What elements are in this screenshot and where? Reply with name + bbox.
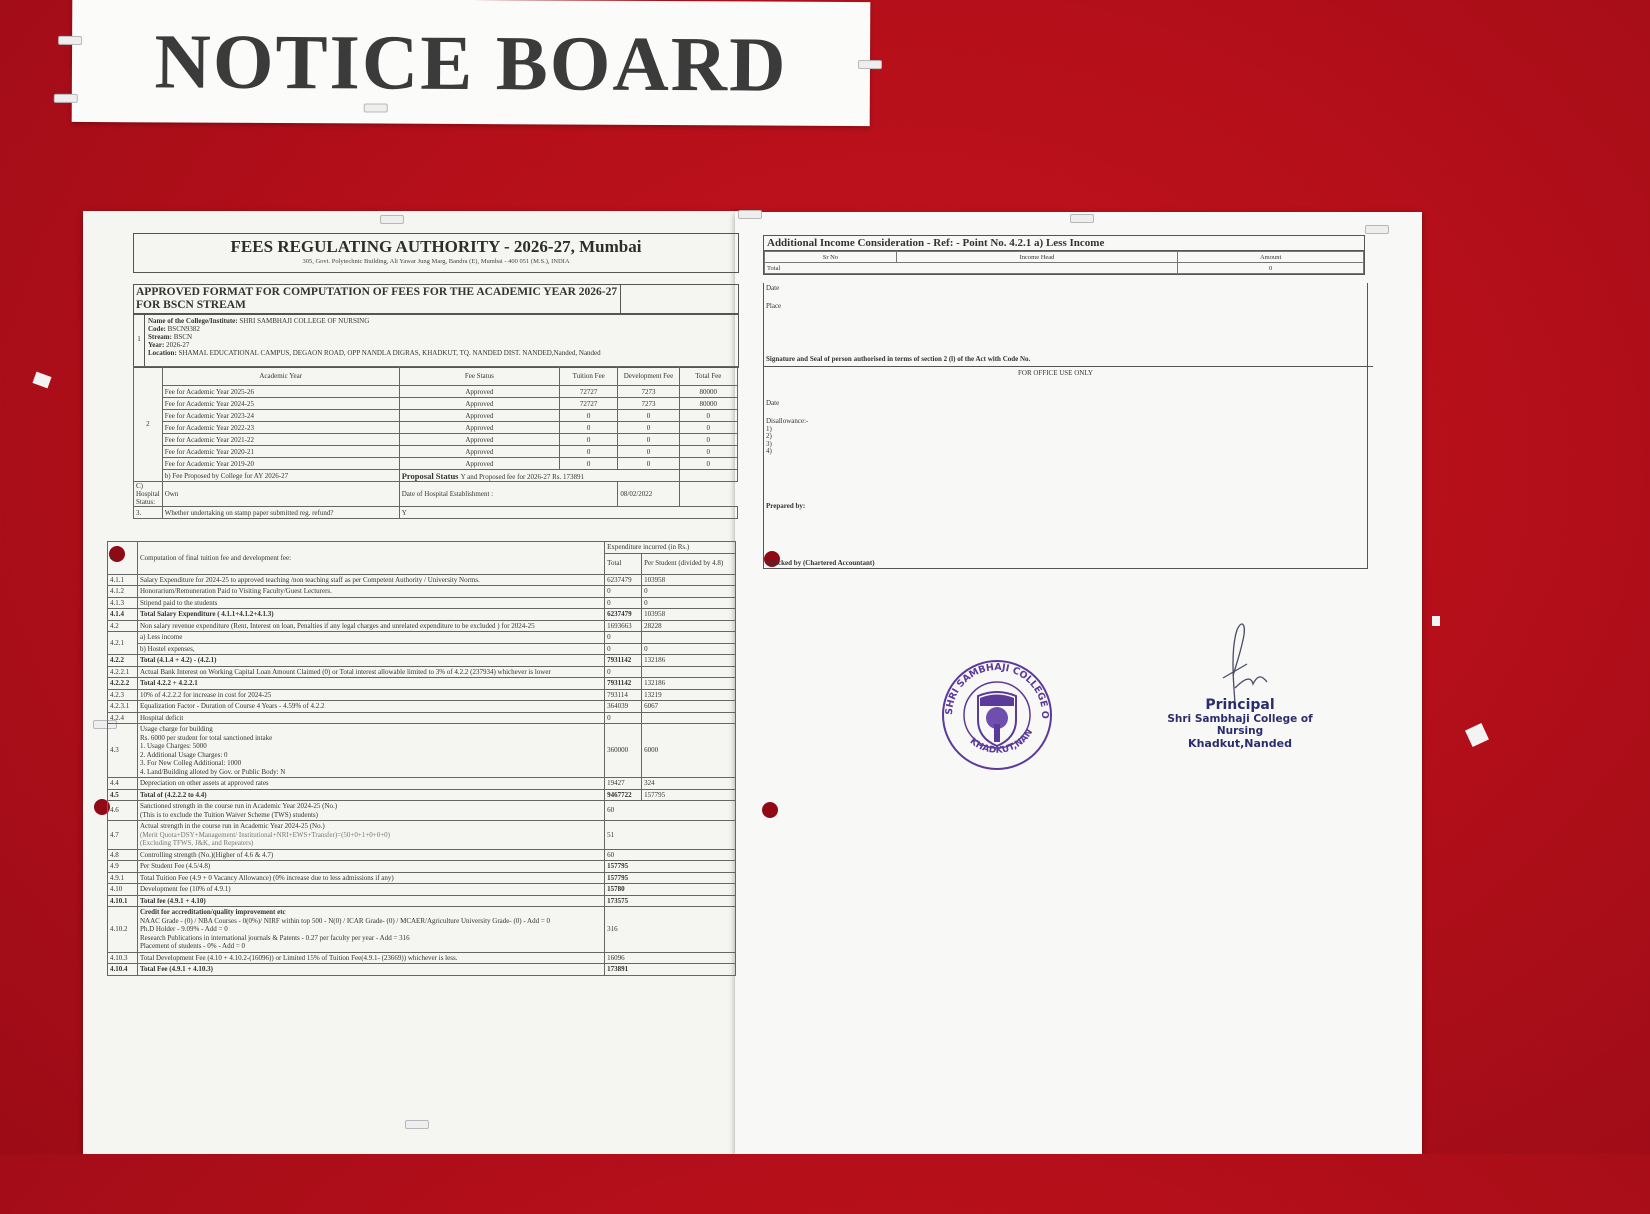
hospital-status-label: C) Hospital Status:: [134, 482, 163, 507]
disallowance-block: Disallowance:- 1) 2) 3) 4): [766, 418, 808, 456]
item-number: 4.3: [108, 724, 138, 778]
total-fee: 80000: [679, 386, 737, 398]
item-total: 0: [605, 597, 642, 609]
academic-year: Fee for Academic Year 2024-25: [162, 398, 399, 410]
item-description: Sanctioned strength in the course run in…: [137, 801, 604, 821]
item-number: 4.9.1: [108, 872, 138, 884]
staple: [1365, 225, 1389, 234]
item-number: 4.1.2: [108, 586, 138, 598]
year-value: 2026-27: [166, 341, 189, 349]
item-description: a) Less income: [137, 632, 604, 644]
item-number: 4.10.2: [108, 907, 138, 953]
staple: [364, 103, 388, 112]
notice-board-sign: NOTICE BOARD: [72, 0, 871, 126]
item-value: 316: [605, 907, 736, 953]
total-fee: 0: [679, 434, 737, 446]
table-row: 4.2.2Total (4.1.4 + 4.2) - (4.2.1)793114…: [108, 655, 736, 667]
item-description: Usage charge for buildingRs. 6000 per st…: [137, 724, 604, 778]
item-number: 4.1.4: [108, 609, 138, 621]
format-title: APPROVED FORMAT FOR COMPUTATION OF FEES …: [134, 285, 621, 313]
item-number: 4.10: [108, 884, 138, 896]
item-total: 0: [605, 632, 642, 644]
refund-undertaking-row: 3.Whether undertaking on stamp paper sub…: [134, 507, 738, 519]
staple: [405, 1120, 429, 1129]
table-row: b) Hostel expenses,00: [108, 643, 736, 655]
item-number: 4.2.4: [108, 712, 138, 724]
item-number: 4.4: [108, 778, 138, 790]
item-per-student: 132186: [642, 655, 736, 667]
item-description: Total Tuition Fee (4.9 + 0 Vacancy Allow…: [137, 872, 604, 884]
item-description: Stipend paid to the students: [137, 597, 604, 609]
total-label: Total: [765, 263, 1178, 274]
item-value: 157795: [605, 872, 736, 884]
item-description: Total (4.1.4 + 4.2) - (4.2.1): [137, 655, 604, 667]
item-per-student: 0: [642, 586, 736, 598]
table-row: 4.2.4Hospital deficit0: [108, 712, 736, 724]
item-total: 0: [605, 666, 642, 678]
item-number: 4.2.3: [108, 689, 138, 701]
staple: [58, 36, 82, 45]
item-total: 0: [605, 712, 642, 724]
item-number: 4.10.3: [108, 952, 138, 964]
refund-undertaking-label: Whether undertaking on stamp paper submi…: [162, 507, 399, 519]
item-number: 4.10.1: [108, 895, 138, 907]
item-per-student: 103958: [642, 574, 736, 586]
item-description: 10% of 4.2.2.2 for increase in cost for …: [137, 689, 604, 701]
academic-year: Fee for Academic Year 2020-21: [162, 446, 399, 458]
additional-income-title: Additional Income Consideration - Ref: -…: [764, 236, 1364, 251]
column-header: Total Fee: [679, 367, 737, 386]
development-fee: 7273: [618, 386, 679, 398]
item-per-student: 13219: [642, 689, 736, 701]
table-row: 4.2.310% of 4.2.2.2 for increase in cost…: [108, 689, 736, 701]
table-row: 4.2.2.2Total 4.2.2 + 4.2.2.1793114213218…: [108, 678, 736, 690]
item-number: 4.1.1: [108, 574, 138, 586]
item-per-student: 324: [642, 778, 736, 790]
item-number: 4.2: [108, 620, 138, 632]
principal-college: Shri Sambhaji College of Nursing: [1150, 713, 1330, 737]
table-row: Fee for Academic Year 2023-24Approved000: [134, 410, 738, 422]
header-income-head: Income Head: [896, 252, 1178, 263]
paper-scrap: [1432, 616, 1440, 626]
item-per-student: [642, 666, 736, 678]
computation-header: 4Computation of final tuition fee and de…: [108, 542, 736, 554]
disallowance-item: 3): [766, 441, 808, 449]
proposed-fee-label: b) Fee Proposed by College for AY 2026-2…: [162, 470, 399, 482]
fee-table-header: 2Academic YearFee StatusTuition FeeDevel…: [134, 367, 738, 386]
additional-income-table: Additional Income Consideration - Ref: -…: [763, 235, 1365, 275]
total-fee: 0: [679, 446, 737, 458]
section-number: 2: [134, 367, 163, 482]
tuition-fee: 0: [559, 410, 617, 422]
table-row: 4.10.4Total Fee (4.9.1 + 4.10.3)173891: [108, 964, 736, 976]
academic-year: Fee for Academic Year 2023-24: [162, 410, 399, 422]
college-label: Name of the College/Institute:: [148, 317, 238, 325]
item-description: Non salary revenue expenditure (Rent, In…: [137, 620, 604, 632]
disallowance-item: 1): [766, 426, 808, 434]
item-number: 4.1.3: [108, 597, 138, 609]
item-value: 173891: [605, 964, 736, 976]
section-number: 3.: [134, 507, 163, 519]
office-use-label: FOR OFFICE USE ONLY: [1018, 369, 1093, 377]
item-number: 4.2.2.1: [108, 666, 138, 678]
item-description: Total Fee (4.9.1 + 4.10.3): [137, 964, 604, 976]
item-per-student: 132186: [642, 678, 736, 690]
item-description: Equalization Factor - Duration of Course…: [137, 701, 604, 713]
section-number: 4: [108, 542, 138, 575]
item-number: 4.5: [108, 789, 138, 801]
item-per-student: [642, 632, 736, 644]
table-row: 4.4Depreciation on other assets at appro…: [108, 778, 736, 790]
academic-year: Fee for Academic Year 2025-26: [162, 386, 399, 398]
notice-board-title: NOTICE BOARD: [72, 16, 870, 110]
item-value: 60: [605, 801, 736, 821]
staple: [738, 210, 762, 219]
tuition-fee: 0: [559, 434, 617, 446]
item-description: Depreciation on other assets at approved…: [137, 778, 604, 790]
item-value: 51: [605, 821, 736, 850]
divider: [763, 366, 1373, 367]
signature-seal-line: Signature and Seal of person authorised …: [766, 355, 1030, 363]
table-row: 4.1.3Stipend paid to the students00: [108, 597, 736, 609]
hospital-status-value: Own: [162, 482, 399, 507]
hospital-status-row: C) Hospital Status:OwnDate of Hospital E…: [134, 482, 738, 507]
item-description: Total 4.2.2 + 4.2.2.1: [137, 678, 604, 690]
item-total: 360000: [605, 724, 642, 778]
fee-status: Approved: [399, 446, 559, 458]
hospital-establishment-label: Date of Hospital Establishment :: [399, 482, 618, 507]
item-description: Salary Expenditure for 2024-25 to approv…: [137, 574, 604, 586]
fee-status: Approved: [399, 422, 559, 434]
college-info: 1 Name of the College/Institute: SHRI SA…: [133, 314, 739, 368]
paper-scrap: [1465, 723, 1489, 747]
development-fee: 0: [618, 410, 679, 422]
staple: [858, 60, 882, 69]
item-per-student: 0: [642, 643, 736, 655]
item-number: 4.8: [108, 849, 138, 861]
principal-location: Khadkut,Nanded: [1150, 737, 1330, 750]
section-number: 1: [134, 315, 145, 367]
tuition-fee: 72727: [559, 386, 617, 398]
item-total: 793114: [605, 689, 642, 701]
header-amount: Amount: [1178, 252, 1364, 263]
item-total: 7931142: [605, 655, 642, 667]
principal-block: Principal Shri Sambhaji College of Nursi…: [1150, 697, 1330, 750]
item-description: Controlling strength (No.)(Higher of 4.6…: [137, 849, 604, 861]
item-total: 364039: [605, 701, 642, 713]
disallowance-item: 2): [766, 433, 808, 441]
table-row: 4.10.1Total fee (4.9.1 + 4.10)173575: [108, 895, 736, 907]
table-row: 4.5Total of (4.2.2.2 to 4.4)946772215779…: [108, 789, 736, 801]
item-per-student: 6067: [642, 701, 736, 713]
item-value: 173575: [605, 895, 736, 907]
item-description: b) Hostel expenses,: [137, 643, 604, 655]
development-fee: 7273: [618, 398, 679, 410]
code-label: Code:: [148, 325, 166, 333]
column-header: Fee Status: [399, 367, 559, 386]
item-total: 0: [605, 643, 642, 655]
prepared-by-label: Prepared by:: [766, 502, 805, 510]
table-row: 4.6Sanctioned strength in the course run…: [108, 801, 736, 821]
tuition-fee: 0: [559, 422, 617, 434]
table-row: Fee for Academic Year 2019-20Approved000: [134, 458, 738, 470]
table-row: 4.1.1Salary Expenditure for 2024-25 to a…: [108, 574, 736, 586]
fra-title: FEES REGULATING AUTHORITY - 2026-27, Mum…: [134, 237, 738, 257]
proposal-status: Proposal Status Y and Proposed fee for 2…: [399, 470, 679, 482]
fee-status: Approved: [399, 458, 559, 470]
stream-label: Stream:: [148, 333, 172, 341]
office-date-label: Date: [766, 399, 779, 407]
item-description: Honorarium/Remuneration Paid to Visiting…: [137, 586, 604, 598]
fee-history-table: 2Academic YearFee StatusTuition FeeDevel…: [133, 366, 738, 519]
item-value: 157795: [605, 861, 736, 873]
item-per-student: 0: [642, 597, 736, 609]
column-header: Tuition Fee: [559, 367, 617, 386]
table-row: 4.3Usage charge for buildingRs. 6000 per…: [108, 724, 736, 778]
item-description: Total Development Fee (4.10 + 4.10.2-(16…: [137, 952, 604, 964]
column-header: Academic Year: [162, 367, 399, 386]
location-label: Location:: [148, 349, 177, 357]
column-total: Total: [605, 553, 642, 574]
item-description: Actual Bank Interest on Working Capital …: [137, 666, 604, 678]
college-code: BSCN9382: [168, 325, 200, 333]
item-number: 4.2.2: [108, 655, 138, 667]
item-description: Total Salary Expenditure ( 4.1.1+4.1.2+4…: [137, 609, 604, 621]
item-number: 4.6: [108, 801, 138, 821]
checked-by-label: Checked by (Chartered Accountant): [766, 559, 875, 567]
table-row: 4.2Non salary revenue expenditure (Rent,…: [108, 620, 736, 632]
table-row: Fee for Academic Year 2024-25Approved727…: [134, 398, 738, 410]
staple: [1070, 214, 1094, 223]
refund-undertaking-value: Y: [399, 507, 737, 519]
college-seal-stamp-icon: SHRI SAMBHAJI COLLEGE OF NURSING KHADKUT…: [938, 658, 1056, 772]
item-description: Total of (4.2.2.2 to 4.4): [137, 789, 604, 801]
table-row: 4.2.2.1Actual Bank Interest on Working C…: [108, 666, 736, 678]
tuition-fee: 72727: [559, 398, 617, 410]
table-row: 4.2.1a) Less income0: [108, 632, 736, 644]
fee-status: Approved: [399, 398, 559, 410]
total-amount: 0: [1178, 263, 1364, 274]
paper-scrap: [32, 372, 51, 389]
item-total: 6237479: [605, 609, 642, 621]
item-per-student: 103958: [642, 609, 736, 621]
item-value: 16096: [605, 952, 736, 964]
academic-year: Fee for Academic Year 2019-20: [162, 458, 399, 470]
item-number: 4.7: [108, 821, 138, 850]
item-total: 0: [605, 586, 642, 598]
item-description: Actual strength in the course run in Aca…: [137, 821, 604, 850]
table-row: 4.9.1Total Tuition Fee (4.9 + 0 Vacancy …: [108, 872, 736, 884]
item-value: 60: [605, 849, 736, 861]
item-description: Total fee (4.9.1 + 4.10): [137, 895, 604, 907]
item-description: Per Student Fee (4.5/4.8): [137, 861, 604, 873]
item-value: 15780: [605, 884, 736, 896]
item-number: 4.10.4: [108, 964, 138, 976]
item-number: 4.9: [108, 861, 138, 873]
staple: [54, 94, 78, 103]
computation-title: Computation of final tuition fee and dev…: [137, 542, 604, 575]
item-total: 9467722: [605, 789, 642, 801]
total-fee: 0: [679, 410, 737, 422]
development-fee: 0: [618, 446, 679, 458]
item-number: 4.2.2.2: [108, 678, 138, 690]
item-per-student: 157795: [642, 789, 736, 801]
table-row: Fee for Academic Year 2025-26Approved727…: [134, 386, 738, 398]
fra-address: 305, Govt. Polytechnic Building, Ali Yaw…: [134, 258, 738, 265]
table-row: Fee for Academic Year 2022-23Approved000: [134, 422, 738, 434]
development-fee: 0: [618, 458, 679, 470]
item-per-student: 28228: [642, 620, 736, 632]
item-total: 7931142: [605, 678, 642, 690]
expenditure-header: Expenditure incurred (in Rs.): [605, 542, 736, 554]
total-fee: 0: [679, 458, 737, 470]
format-title-box: APPROVED FORMAT FOR COMPUTATION OF FEES …: [133, 284, 739, 314]
tuition-fee: 0: [559, 446, 617, 458]
item-per-student: [642, 712, 736, 724]
development-fee: 0: [618, 434, 679, 446]
location-value: SHAMAL EDUCATIONAL CAMPUS, DEGAON ROAD, …: [179, 349, 601, 357]
disallowance-label: Disallowance:-: [766, 418, 808, 426]
table-row: 4.9Per Student Fee (4.5/4.8)157795: [108, 861, 736, 873]
college-name: SHRI SAMBHAJI COLLEGE OF NURSING: [239, 317, 369, 325]
fee-status: Approved: [399, 386, 559, 398]
year-label: Year:: [148, 341, 164, 349]
item-total: 19427: [605, 778, 642, 790]
development-fee: 0: [618, 422, 679, 434]
item-description: Development fee (10% of 4.9.1): [137, 884, 604, 896]
principal-title: Principal: [1150, 697, 1330, 713]
place-label: Place: [766, 302, 781, 310]
table-row: 4.10.3Total Development Fee (4.10 + 4.10…: [108, 952, 736, 964]
punch-hole: [762, 802, 778, 818]
table-row: Fee for Academic Year 2021-22Approved000: [134, 434, 738, 446]
table-row: 4.10.2Credit for accreditation/quality i…: [108, 907, 736, 953]
fra-header: FEES REGULATING AUTHORITY - 2026-27, Mum…: [133, 233, 739, 273]
header-sr-no: Sr No: [765, 252, 897, 263]
hospital-establishment-date: 08/02/2022: [618, 482, 679, 507]
column-per-student: Per Student (divided by 4.8): [642, 553, 736, 574]
fee-computation-table: 4Computation of final tuition fee and de…: [107, 541, 736, 976]
item-per-student: 6000: [642, 724, 736, 778]
table-row: Fee for Academic Year 2020-21Approved000: [134, 446, 738, 458]
proposed-fee-row: b) Fee Proposed by College for AY 2026-2…: [134, 470, 738, 482]
item-total: 1693663: [605, 620, 642, 632]
item-number: 4.2.3.1: [108, 701, 138, 713]
table-row: 4.10Development fee (10% of 4.9.1)15780: [108, 884, 736, 896]
total-fee: 0: [679, 422, 737, 434]
column-header: Development Fee: [618, 367, 679, 386]
item-description: Credit for accreditation/quality improve…: [137, 907, 604, 953]
academic-year: Fee for Academic Year 2021-22: [162, 434, 399, 446]
item-description: Hospital deficit: [137, 712, 604, 724]
proposal-status-label: Proposal Status: [402, 471, 461, 481]
table-row: 4.1.4Total Salary Expenditure ( 4.1.1+4.…: [108, 609, 736, 621]
item-total: 6237479: [605, 574, 642, 586]
staple: [380, 215, 404, 224]
office-use-box: [763, 283, 1368, 569]
total-fee: 80000: [679, 398, 737, 410]
tuition-fee: 0: [559, 458, 617, 470]
fee-status: Approved: [399, 410, 559, 422]
table-row: 4.2.3.1Equalization Factor - Duration of…: [108, 701, 736, 713]
table-row: 4.1.2Honorarium/Remuneration Paid to Vis…: [108, 586, 736, 598]
fee-status: Approved: [399, 434, 559, 446]
table-row: 4.7Actual strength in the course run in …: [108, 821, 736, 850]
disallowance-item: 4): [766, 448, 808, 456]
stream-value: BSCN: [174, 333, 192, 341]
table-row: 4.8Controlling strength (No.)(Higher of …: [108, 849, 736, 861]
item-number: 4.2.1: [108, 632, 138, 655]
date-label: Date: [766, 284, 779, 292]
academic-year: Fee for Academic Year 2022-23: [162, 422, 399, 434]
